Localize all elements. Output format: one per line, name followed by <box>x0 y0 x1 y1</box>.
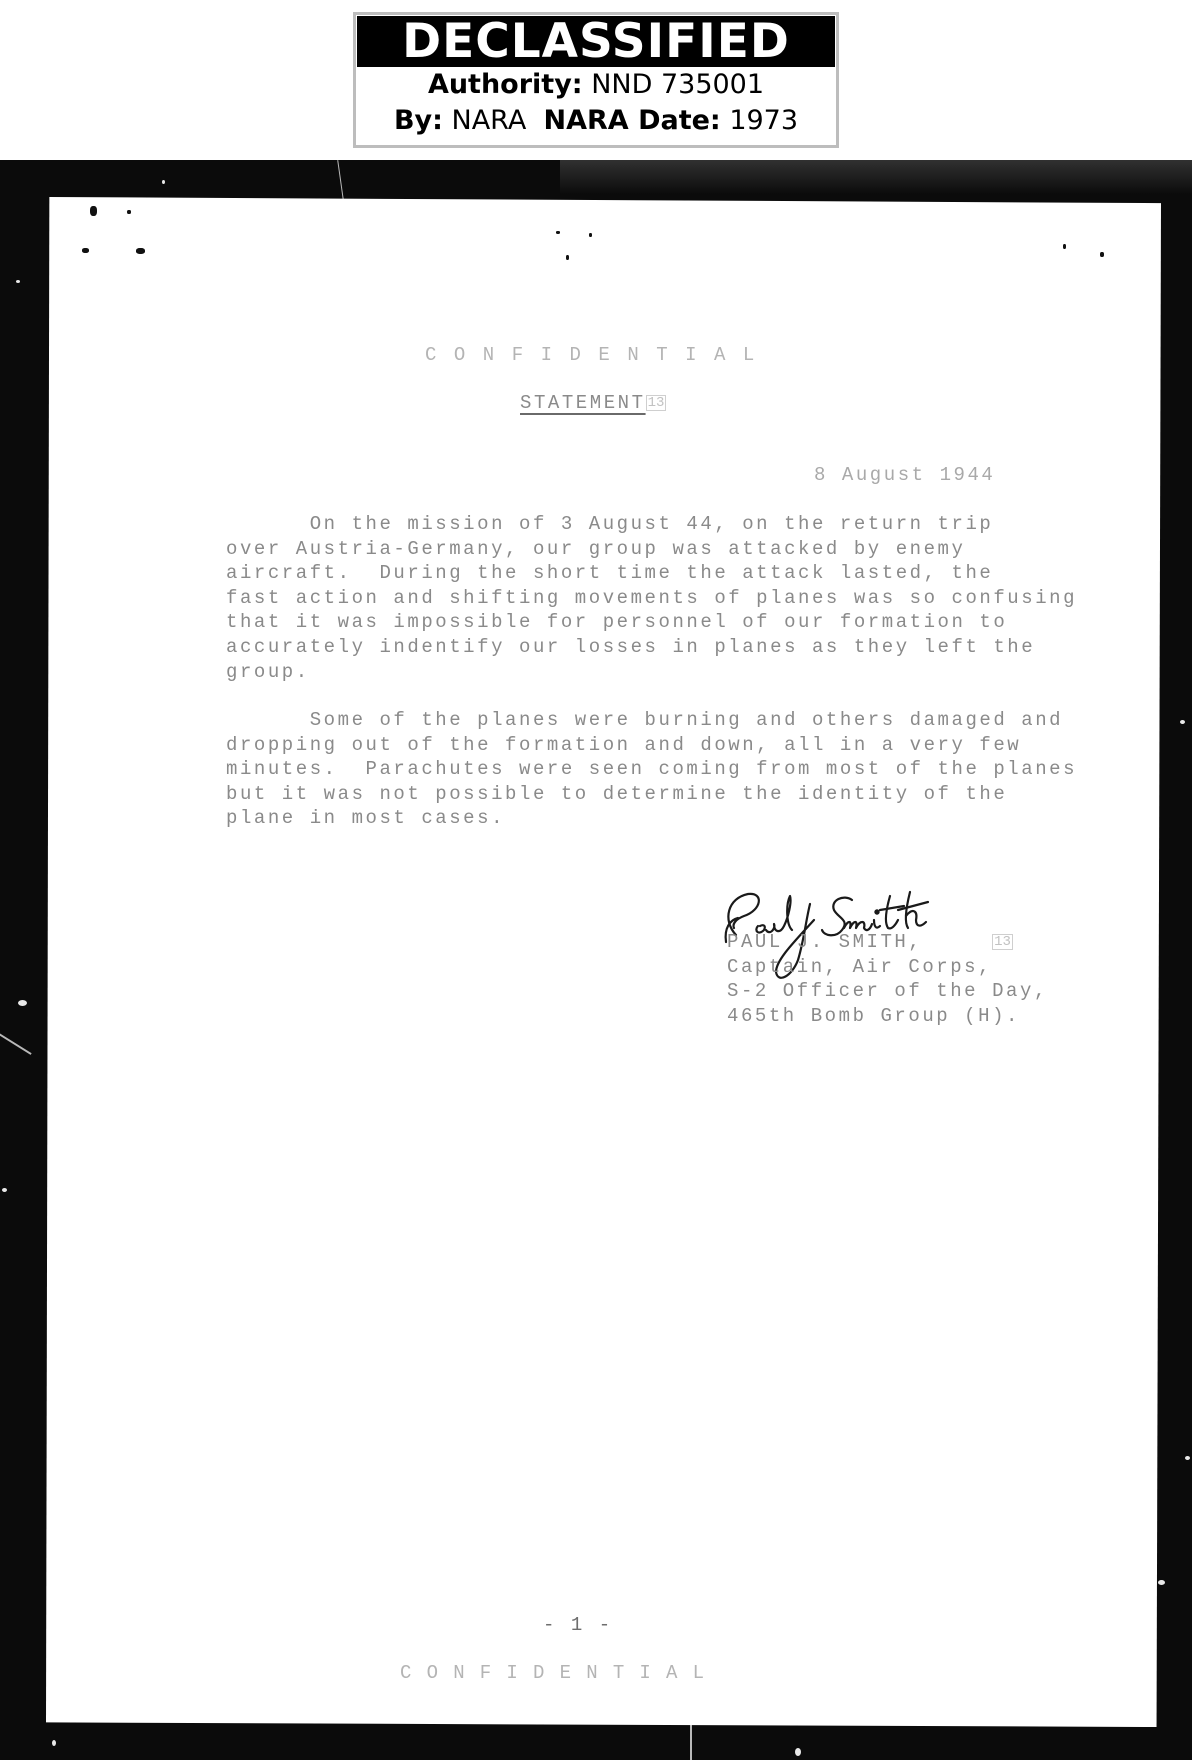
signature-mark-13: 13 <box>992 934 1013 950</box>
text-line: minutes. Parachutes were seen coming fro… <box>226 757 1077 782</box>
stamp-title: DECLASSIFIED <box>357 16 835 67</box>
signer-unit: 465th Bomb Group (H). <box>727 1004 1048 1029</box>
statement-heading: STATEMENT13 <box>520 391 666 416</box>
signer-name-line: PAUL J. SMITH, 13 <box>727 930 1048 955</box>
text-line: accurately indentify our losses in plane… <box>226 635 1077 660</box>
authority-value: NND 735001 <box>591 69 764 100</box>
film-speck <box>795 1748 801 1756</box>
ink-blot <box>90 206 97 216</box>
classification-header: CONFIDENTIAL <box>425 343 772 368</box>
declassified-stamp: DECLASSIFIED Authority: NND 735001 By: N… <box>353 12 839 148</box>
text-line: but it was not possible to determine the… <box>226 782 1077 807</box>
film-speck <box>162 180 165 184</box>
text-line: aircraft. During the short time the atta… <box>226 561 1077 586</box>
ink-blot <box>566 255 569 260</box>
date-value: 1973 <box>729 105 798 136</box>
text-line: group. <box>226 660 1077 685</box>
film-speck <box>18 1000 27 1006</box>
ink-blot <box>136 248 145 254</box>
text-line: plane in most cases. <box>226 806 1077 831</box>
ink-blot <box>82 248 89 253</box>
ink-blot <box>1100 252 1104 257</box>
stamp-by-date: By: NARA NARA Date: 1973 <box>356 103 836 139</box>
by-label: By: <box>394 105 443 136</box>
signer-rank: Captain, Air Corps, <box>727 955 1048 980</box>
film-speck <box>52 1740 56 1746</box>
film-speck <box>16 280 20 283</box>
stamp-authority: Authority: NND 735001 <box>356 67 836 103</box>
film-speck <box>1158 1580 1165 1585</box>
film-scratch <box>0 1033 32 1055</box>
ink-blot <box>589 233 592 237</box>
signer-role: S-2 Officer of the Day, <box>727 979 1048 1004</box>
ink-blot <box>556 231 560 234</box>
ink-blot <box>127 210 131 214</box>
film-scratch <box>690 1725 692 1760</box>
signature-block: PAUL J. SMITH, 13Captain, Air Corps,S-2 … <box>727 930 1048 1028</box>
film-scratch <box>337 160 344 200</box>
heading-text: STATEMENT <box>520 392 646 414</box>
date-label: NARA Date: <box>544 105 721 136</box>
text-line: over Austria-Germany, our group was atta… <box>226 537 1077 562</box>
page-mark-13: 13 <box>646 395 667 411</box>
ink-blot <box>1063 244 1066 249</box>
document-date: 8 August 1944 <box>814 463 995 488</box>
paragraph-2: Some of the planes were burning and othe… <box>226 708 1077 831</box>
text-line: fast action and shifting movements of pl… <box>226 586 1077 611</box>
film-speck <box>1180 720 1185 724</box>
authority-label: Authority: <box>428 69 583 100</box>
paragraph-1: On the mission of 3 August 44, on the re… <box>226 512 1077 684</box>
text-line: that it was impossible for personnel of … <box>226 610 1077 635</box>
film-speck <box>2 1188 7 1192</box>
signer-name: PAUL J. SMITH, <box>727 931 922 953</box>
page-number: - 1 - <box>543 1613 613 1638</box>
film-edge-shading <box>560 160 1192 194</box>
text-line: dropping out of the formation and down, … <box>226 733 1077 758</box>
text-line: On the mission of 3 August 44, on the re… <box>226 512 1077 537</box>
by-value: NARA <box>452 105 527 136</box>
classification-footer: CONFIDENTIAL <box>400 1661 719 1686</box>
text-line: Some of the planes were burning and othe… <box>226 708 1077 733</box>
film-speck <box>1185 1456 1190 1460</box>
